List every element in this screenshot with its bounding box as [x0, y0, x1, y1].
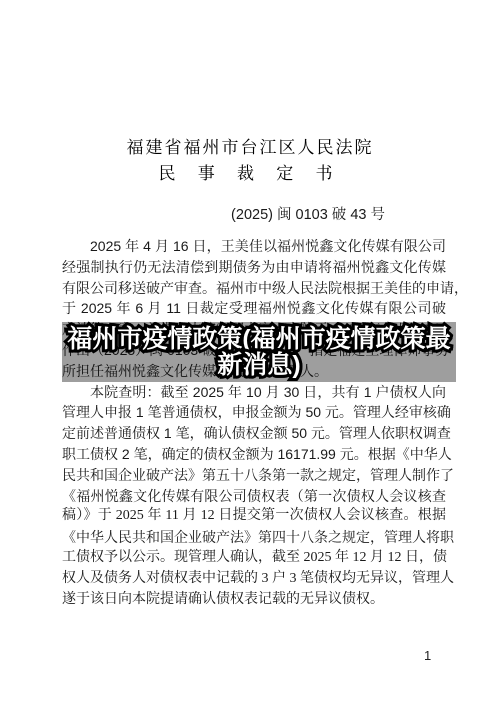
document-body: 2025 年 4 月 16 日，王美佳以福州悦鑫文化传媒有限公司 经强制执行仍无…: [62, 236, 446, 610]
court-name: 福建省福州市台江区人民法院: [0, 133, 500, 158]
document-page: 福建省福州市台江区人民法院 民 事 裁 定 书 (2025) 闽 0103 破 …: [0, 0, 500, 706]
watermark-title: 福州市疫情政策(福州市疫情政策最 新消息): [62, 326, 456, 378]
body-line: 定前述普通债权 1 笔，确认债权金额 50 元。管理人依职权调查: [62, 423, 446, 444]
body-line: 工债权予以公示。现管理人确认，截至 2025 年 12 月 12 日，债: [62, 548, 446, 569]
body-line: 《福州悦鑫文化传媒有限公司债权表（第一次债权人会议核查: [62, 486, 446, 507]
body-line: 经强制执行仍无法清偿到期债务为由申请将福州悦鑫文化传媒: [62, 257, 446, 278]
body-line: 本院查明：截至 2025 年 10 月 30 日，共有 1 户债权人向: [62, 382, 446, 403]
document-type-title: 民 事 裁 定 书: [0, 159, 500, 184]
body-line: 民共和国企业破产法》第五十八条第一款之规定，管理人制作了: [62, 465, 446, 486]
body-line: 稿）》于 2025 年 11 月 12 日提交第一次债权人会议核查。根据: [62, 506, 446, 527]
body-line: 权人及债务人对债权表中记载的 3 户 3 笔债权均无异议，管理人: [62, 569, 446, 590]
body-line: 2025 年 4 月 16 日，王美佳以福州悦鑫文化传媒有限公司: [62, 236, 446, 257]
body-line: 《中华人民共和国企业破产法》第四十八条之规定，管理人将职: [62, 527, 446, 548]
body-line: 于 2025 年 6 月 11 日裁定受理福州悦鑫文化传媒有限公司破: [62, 298, 446, 319]
body-line: 职工债权 2 笔，确定的债权金额为 16171.99 元。根据《中华人: [62, 444, 446, 465]
body-line: 遂于该日向本院提请确认债权表记载的无异议债权。: [62, 590, 446, 611]
case-number: (2025) 闽 0103 破 43 号: [231, 203, 385, 224]
body-line: 管理人申报 1 笔普通债权，申报金额为 50 元。管理人经审核确: [62, 402, 446, 423]
watermark-overlay-band: 福州市疫情政策(福州市疫情政策最 新消息): [62, 322, 456, 382]
body-line: 有限公司移送破产审查。福州市中级人民法院根据王美佳的申请，: [62, 278, 446, 299]
page-number: 1: [424, 648, 431, 663]
watermark-title-line2: 新消息): [62, 352, 456, 378]
watermark-title-line1: 福州市疫情政策(福州市疫情政策最: [62, 326, 456, 352]
